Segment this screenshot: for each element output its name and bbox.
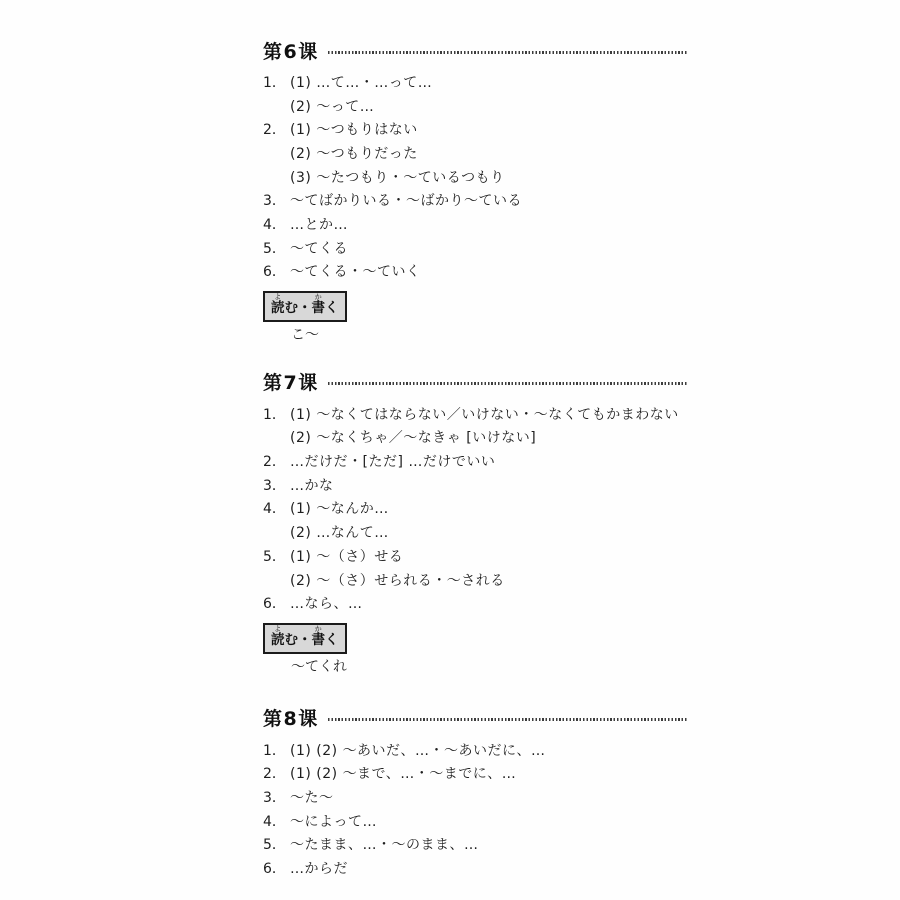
write-furigana: か (312, 625, 326, 633)
toc-item: 4．～によって… (263, 809, 693, 833)
read-furigana: よ (271, 625, 285, 633)
read-kanji: 読よ (271, 632, 285, 648)
item-number: 2． (263, 451, 290, 471)
lesson-7-section: 第7课 1．(1) ～なくてはならない／いけない・～なくてもかまわない (2) … (263, 370, 693, 678)
toc-item: (2) …なんて… (263, 520, 693, 544)
item-number: 1． (263, 404, 290, 424)
item-text: (1) (2) ～あいだ、…・～あいだに、… (290, 740, 546, 760)
lesson-6-header: 第6课 (263, 38, 688, 62)
item-number: 1． (263, 740, 290, 760)
lesson-8-header: 第8课 (263, 706, 688, 730)
item-text: (1) ～つもりはない (290, 119, 418, 139)
item-text: (2) …なんて… (290, 522, 389, 542)
toc-item: (2) ～（さ）せられる・～される (263, 568, 693, 592)
toc-item: (3) ～たつもり・～ているつもり (263, 165, 693, 189)
item-text: (1) ～なんか… (290, 498, 389, 518)
toc-item: 2．(1) (2) ～まで、…・～までに、… (263, 761, 693, 785)
toc-item: 3．…かな (263, 473, 693, 497)
toc-item: 5．～てくる (263, 236, 693, 260)
toc-item: 5．～たまま、…・～のまま、… (263, 833, 693, 857)
toc-item: 5．(1) ～（さ）せる (263, 544, 693, 568)
item-text: ～たまま、…・～のまま、… (290, 834, 479, 854)
item-number: 5． (263, 834, 290, 854)
item-number: 5． (263, 546, 290, 566)
lesson-7-title: 第7课 (263, 368, 319, 395)
toc-item: 6．…なら、… (263, 591, 693, 615)
item-text: (2) ～つもりだった (290, 143, 418, 163)
write-kanji: 書か (312, 632, 326, 648)
item-number: 3． (263, 190, 290, 210)
toc-item: 4．…とか… (263, 212, 693, 236)
toc-item: 1．(1) …て…・…って… (263, 70, 693, 94)
item-text: ～てくる・～ていく (290, 261, 421, 281)
textbook-page: 第6课 1．(1) …て…・…って… (2) ～って… 2．(1) ～つもりはな… (263, 38, 693, 880)
lesson-6-section: 第6课 1．(1) …て…・…って… (2) ～って… 2．(1) ～つもりはな… (263, 38, 693, 346)
read-write-box: 読よむ・書かく (263, 291, 347, 322)
write-furigana: か (312, 293, 326, 301)
item-text: ～てばかりいる・～ばかり～ている (290, 190, 522, 210)
item-text: ～た～ (290, 787, 334, 807)
dotted-leader (328, 51, 688, 54)
write-kanji: 書か (312, 300, 326, 316)
dotted-leader (328, 718, 688, 721)
toc-item: 6．…からだ (263, 856, 693, 880)
item-number: 3． (263, 475, 290, 495)
reading-note: こ～ (263, 322, 693, 346)
item-number: 6． (263, 858, 290, 878)
item-text: (1) …て…・…って… (290, 72, 432, 92)
item-number: 3． (263, 787, 290, 807)
item-number: 2． (263, 119, 290, 139)
item-number: 6． (263, 593, 290, 613)
item-text: …なら、… (290, 593, 363, 613)
read-write-box: 読よむ・書かく (263, 623, 347, 654)
item-text: …からだ (290, 858, 348, 878)
toc-item: 4．(1) ～なんか… (263, 497, 693, 521)
item-text: (1) (2) ～まで、…・～までに、… (290, 763, 516, 783)
lesson-8-title: 第8课 (263, 704, 319, 731)
toc-item: 1．(1) (2) ～あいだ、…・～あいだに、… (263, 738, 693, 762)
item-text: (2) ～（さ）せられる・～される (290, 570, 505, 590)
item-text: …だけだ・[ただ] …だけでいい (290, 451, 495, 471)
item-number: 6． (263, 261, 290, 281)
item-text: (1) ～なくてはならない／いけない・～なくてもかまわない (290, 404, 679, 424)
item-text: (2) ～なくちゃ／～なきゃ [いけない] (290, 427, 536, 447)
dotted-leader (328, 382, 688, 385)
toc-item: (2) ～って… (263, 94, 693, 118)
item-text: (2) ～って… (290, 96, 374, 116)
item-text: (1) ～（さ）せる (290, 546, 403, 566)
item-text: (3) ～たつもり・～ているつもり (290, 167, 505, 187)
item-text: …とか… (290, 214, 348, 234)
item-number: 5． (263, 238, 290, 258)
toc-item: 3．～た～ (263, 785, 693, 809)
item-number: 2． (263, 763, 290, 783)
toc-item: 1．(1) ～なくてはならない／いけない・～なくてもかまわない (263, 402, 693, 426)
toc-item: 2．…だけだ・[ただ] …だけでいい (263, 449, 693, 473)
toc-item: (2) ～なくちゃ／～なきゃ [いけない] (263, 426, 693, 450)
lesson-8-section: 第8课 1．(1) (2) ～あいだ、…・～あいだに、… 2．(1) (2) ～… (263, 706, 693, 880)
item-text: ～によって… (290, 811, 377, 831)
toc-item: 3．～てばかりいる・～ばかり～ている (263, 188, 693, 212)
read-kanji: 読よ (271, 300, 285, 316)
item-number: 1． (263, 72, 290, 92)
read-furigana: よ (271, 293, 285, 301)
lesson-7-header: 第7课 (263, 370, 688, 394)
toc-item: 2．(1) ～つもりはない (263, 117, 693, 141)
item-text: ～てくる (290, 238, 348, 258)
lesson-6-title: 第6课 (263, 37, 319, 64)
item-number: 4． (263, 214, 290, 234)
item-text: …かな (290, 475, 334, 495)
item-number: 4． (263, 811, 290, 831)
reading-note: ～てくれ (263, 654, 693, 678)
item-number: 4． (263, 498, 290, 518)
toc-item: (2) ～つもりだった (263, 141, 693, 165)
toc-item: 6．～てくる・～ていく (263, 260, 693, 284)
